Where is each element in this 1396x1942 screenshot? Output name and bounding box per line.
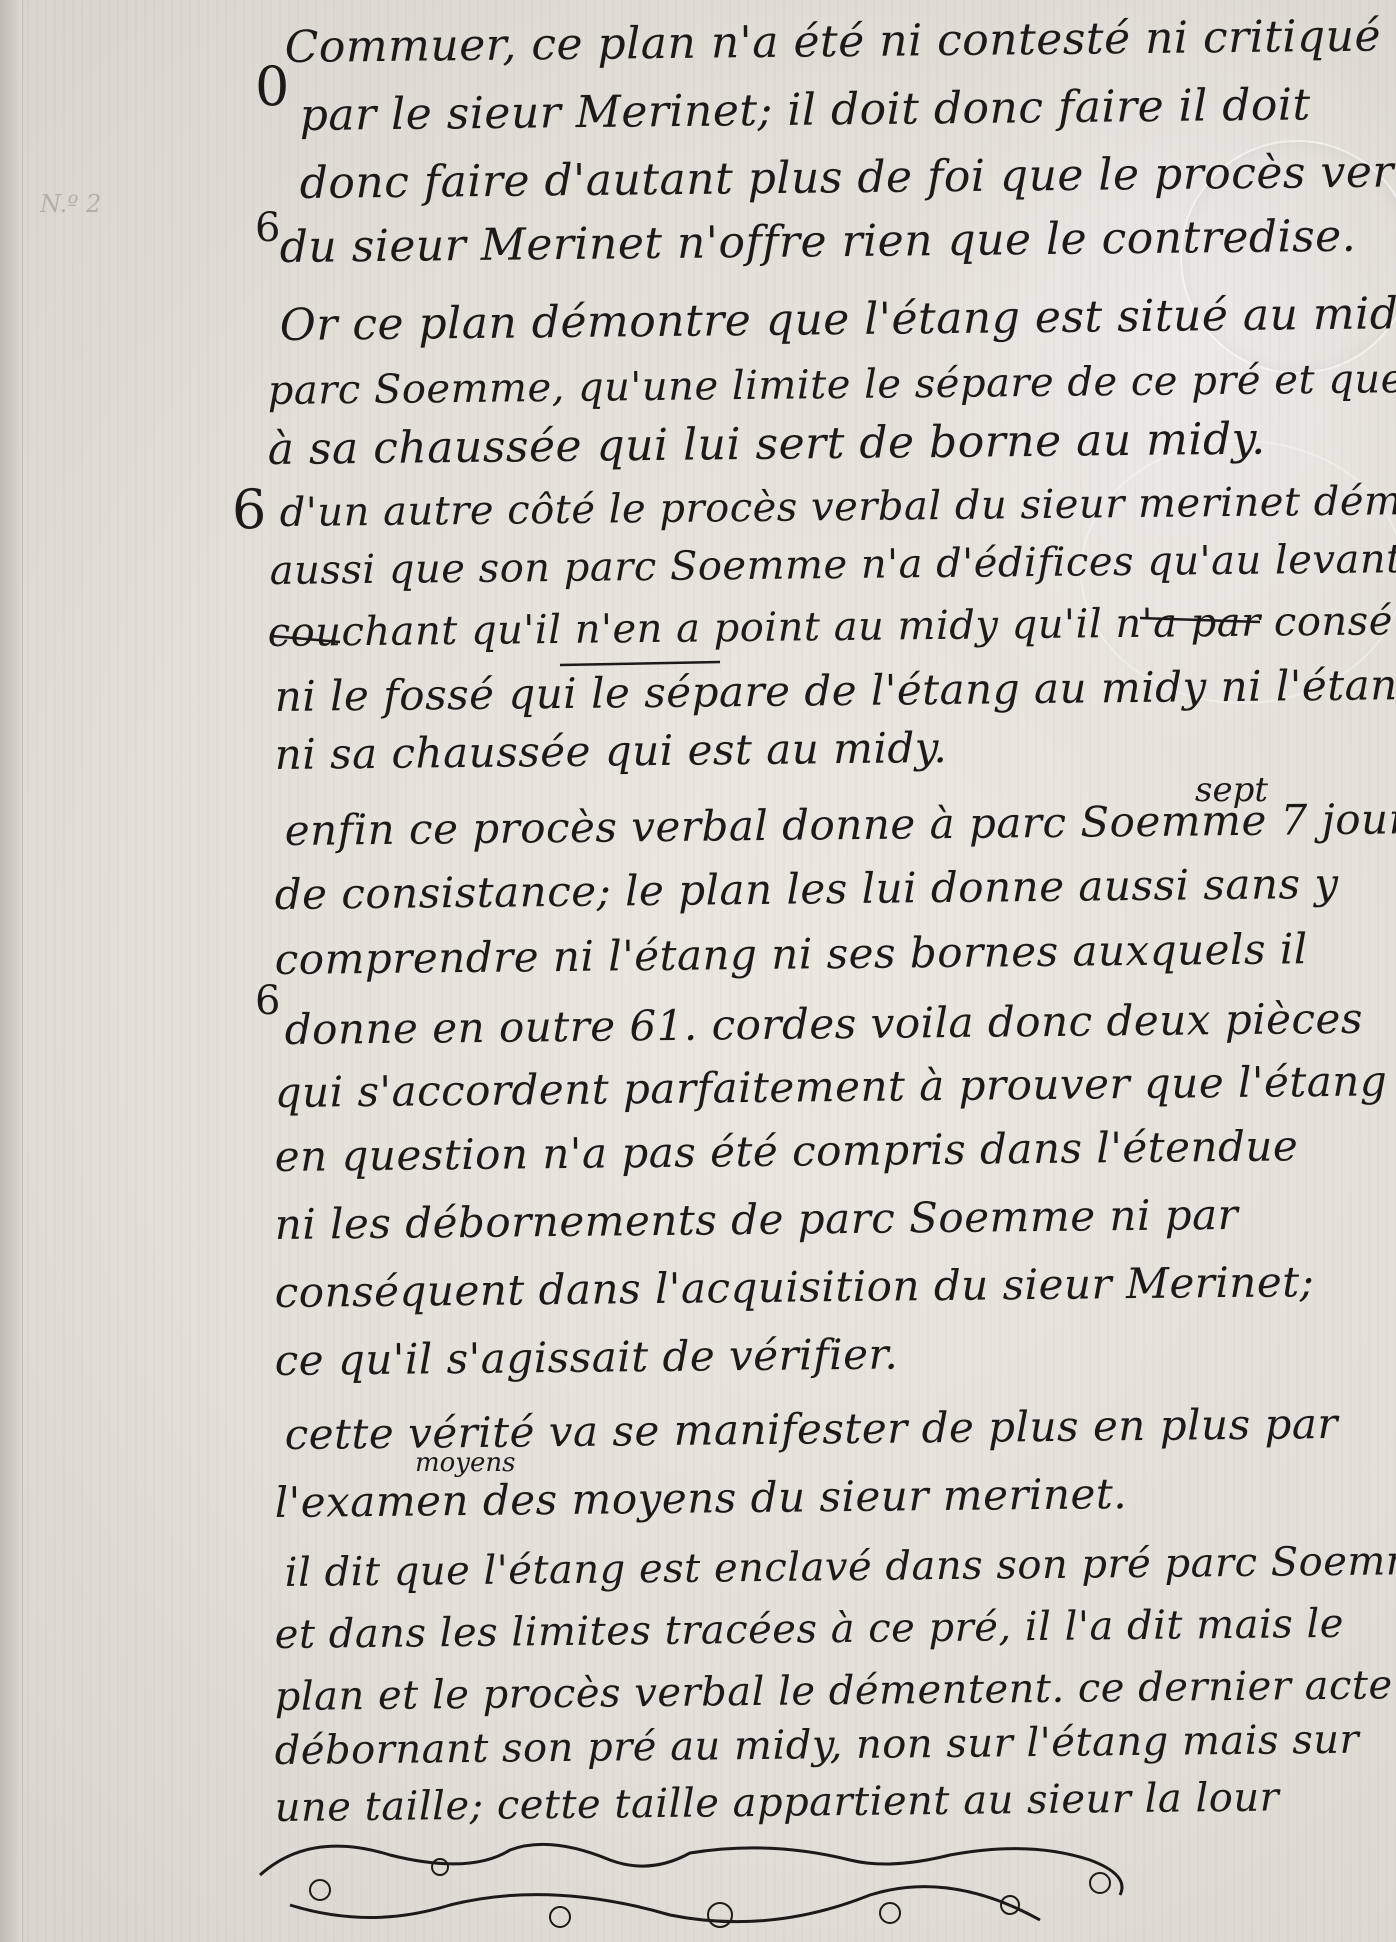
underline-strokes	[0, 0, 1396, 1942]
manuscript-page: N.º 2 0 6 6 6 Commuer, ce plan n'a été n…	[0, 0, 1396, 1942]
decorative-flourish	[250, 1835, 1150, 1935]
